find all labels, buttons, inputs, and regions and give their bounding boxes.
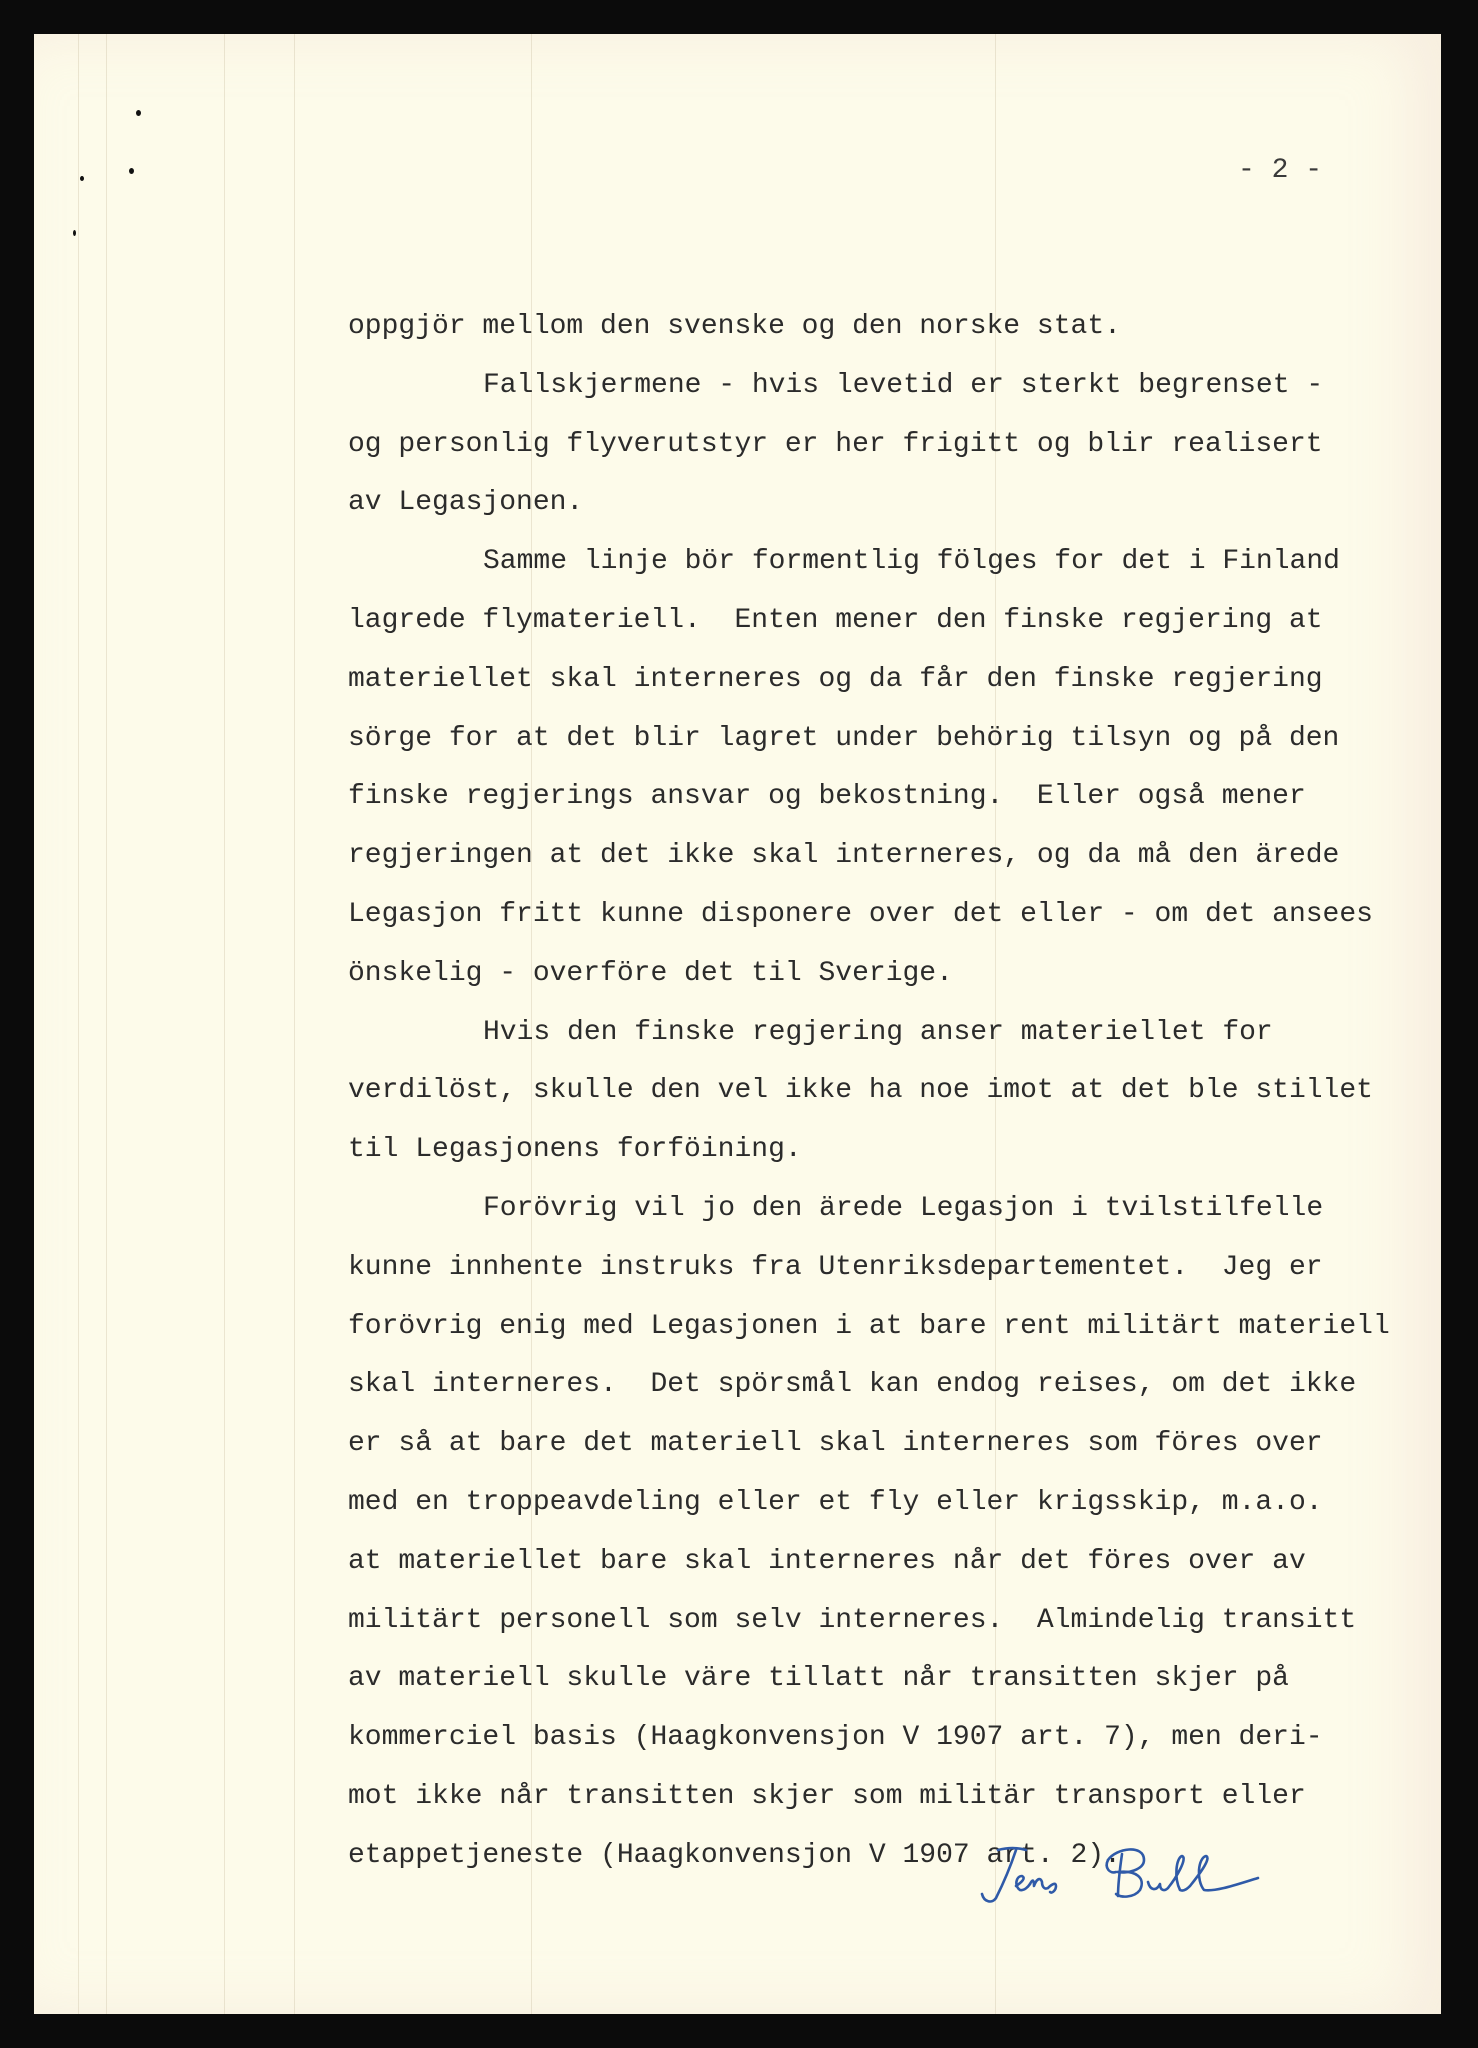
text-line: forövrig enig med Legasjonen i at bare r… (348, 1298, 1390, 1357)
text-line: oppgjör mellom den svenske og den norske… (348, 298, 1390, 357)
text-line: kunne innhente instruks fra Utenriksdepa… (348, 1239, 1390, 1298)
paper-fold-line (224, 34, 225, 2014)
scan-speck (80, 176, 84, 181)
text-line: regjeringen at det ikke skal interneres,… (348, 827, 1390, 886)
text-line: finske regjerings ansvar og bekostning. … (348, 768, 1390, 827)
text-line: önskelig - overföre det til Sverige. (348, 945, 1390, 1004)
letter-body: oppgjör mellom den svenske og den norske… (348, 298, 1390, 1886)
text-line: Hvis den finske regjering anser materiel… (348, 1004, 1390, 1063)
page-number: - 2 - (1238, 155, 1322, 186)
text-line: og personlig flyverutstyr er her frigitt… (348, 416, 1390, 475)
scan-speck (129, 168, 134, 174)
text-line: at materiellet bare skal interneres når … (348, 1533, 1390, 1592)
text-line: er så at bare det materiell skal interne… (348, 1415, 1390, 1474)
text-line: sörge for at det blir lagret under behör… (348, 710, 1390, 769)
text-line: kommerciel basis (Haagkonvensjon V 1907 … (348, 1709, 1390, 1768)
text-line: med en troppeavdeling eller et fly eller… (348, 1474, 1390, 1533)
text-line: verdilöst, skulle den vel ikke ha noe im… (348, 1062, 1390, 1121)
signature-handwriting-icon (976, 1838, 1266, 1913)
signature: Jens Bull (976, 1838, 1266, 1913)
text-line: Samme linje bör formentlig fölges for de… (348, 533, 1390, 592)
text-line: Fallskjermene - hvis levetid er sterkt b… (348, 357, 1390, 416)
text-line: til Legasjonens forföining. (348, 1121, 1390, 1180)
paper-fold-line (78, 34, 79, 2014)
text-line: av materiell skulle väre tillatt når tra… (348, 1650, 1390, 1709)
text-line: Legasjon fritt kunne disponere over det … (348, 886, 1390, 945)
text-line: Forövrig vil jo den ärede Legasjon i tvi… (348, 1180, 1390, 1239)
paper-fold-line (294, 34, 295, 2014)
paper-fold-line (106, 34, 107, 2014)
text-line: militärt personell som selv interneres. … (348, 1592, 1390, 1651)
scan-speck (136, 110, 141, 116)
text-line: materiellet skal interneres og da får de… (348, 651, 1390, 710)
text-line: av Legasjonen. (348, 474, 1390, 533)
text-line: mot ikke når transitten skjer som militä… (348, 1768, 1390, 1827)
text-line: skal interneres. Det spörsmål kan endog … (348, 1356, 1390, 1415)
scan-speck (73, 230, 76, 236)
text-line: lagrede flymateriell. Enten mener den fi… (348, 592, 1390, 651)
